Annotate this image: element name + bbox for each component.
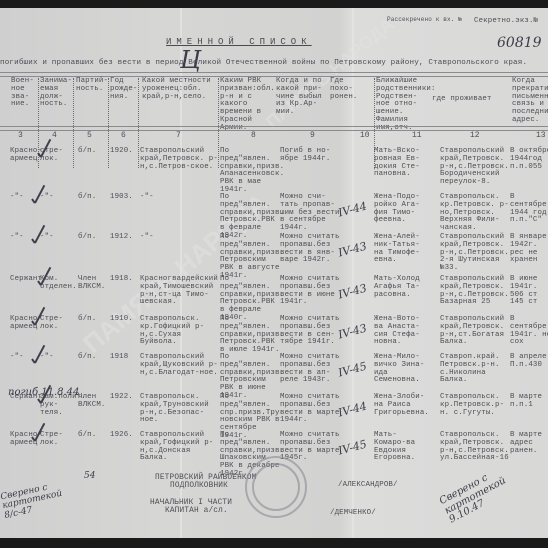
cell-origin: Ставропольский край,Щуковский р-н,с.Благ… [140,354,218,377]
archive-document-page: ПАМЯТЬ НАРОДА ПАМЯТЬ НАРОДА Рассекречено… [0,8,548,538]
check-mark-icon [32,348,46,370]
cell-year: 1918 [110,354,138,362]
office-title: ПЕТРОВСКИЙ РАЙВОЕНКОМ [155,474,256,482]
handwritten-annotation: погиб 11.8.44 [8,388,79,399]
cell-relative: Жена-Подо-ройко Ага-фия Тимо-феевна. [374,194,426,225]
cell-reason: Можно считать пропавш.без вести в ап-рел… [280,354,342,385]
cell-last: В марте п.п.1 [510,394,548,410]
cell-address: Ставроп.край. Петровск.р-н. с.Николина Б… [440,354,510,385]
cell-relative: Жена-Злоби-на Раиса Григорьевна. [374,394,426,417]
cell-last: В октябре 1944год п.п.055 [510,148,548,171]
cell-party: б/п. [78,354,104,362]
column-number: 9 [310,132,315,140]
column-number: 5 [87,132,92,140]
cell-relative: Жена-Вото-ва Анаста-сия Стефа-новна. [374,316,426,347]
cell-relative: Жена-Мило-вичко Зина-ида Семеновна. [374,354,426,385]
cell-year: 1910. [110,316,138,324]
column-number: 6 [121,132,126,140]
column-number: 11 [412,132,422,140]
declassified-stamp: Рассекречено к вх. № [387,17,462,23]
column-number: 3 [18,132,23,140]
cell-origin: Ставропольский край,Гофицкий р-н,с.Донск… [140,432,218,463]
column-number: 12 [470,132,480,140]
cell-year: 1918. [110,276,138,284]
header-origin: Какой местности уроженец:обл. край,р-н,с… [142,78,214,101]
cell-party: б/п. [78,148,104,156]
header-relative: Ближайшие родственники: Родствен-ное отн… [376,78,418,132]
archive-number: 60819 [497,36,542,51]
cell-party: Член ВЛКСМ. [78,276,104,292]
cell-rvk: По пред"явлен. справки,призв. Петровск.Р… [220,316,284,355]
column-number: 13 [536,132,546,140]
cell-reason: Можно считать пропавш.без вести в янв-ва… [280,234,342,265]
header-burial: Где похо-ронен. [330,78,370,101]
cell-rvk: По пред"явлен. справки,призв. Петровским… [220,234,284,281]
cell-address: Ставропольск. кр.Петровск. р-но,Петровск… [440,194,510,233]
cell-reason: Можно считать пропавш.без вести в марте … [280,394,342,425]
signer-name: /ДЕМЧЕНКО/ [330,510,376,518]
cell-relative: Мать-Холод Агафья Та-расовна. [374,276,426,299]
cell-party: б/п. [78,234,104,242]
header-position: Занима-емая долж-ность. [40,78,72,109]
page-mark: 54 [84,472,95,481]
cell-party: б/п. [78,194,104,202]
cell-year: 1912. [110,234,138,242]
cell-last: В апреле П.п.430 [510,354,548,370]
cell-party: б/п. [78,316,104,324]
cell-reason: Погиб в но-ябре 1944г. [280,148,342,164]
header-party: Партий-ность. [76,78,106,94]
header-residence: где проживает [432,96,492,104]
cell-origin: Ставропольск. кр.Гофицкий р-н,с.Сухая Бу… [140,316,218,347]
cell-reason: Можно считать пропавш.без вести в июне 1… [280,276,342,307]
cell-last: В январе 1942г. рес не хранен [510,234,548,265]
cell-address: Ставропольский край,Петровск. р-н,ст.Бог… [440,316,510,347]
cell-year: 1903. [110,194,138,202]
secrecy-label: Секретно.экз.№ [474,18,538,26]
cell-address: Ставропольский край,Петровск. р-н,с.Петр… [440,234,510,273]
handwritten-verification: Сверено с картотекой 9.10.47 [438,454,537,526]
cell-party: б/п. [78,432,104,440]
cell-relative: Жена-Алей-ник-Татья-на Тимофе-евна. [374,234,426,265]
header-last-contact: Когда прекратил письменную связь и после… [512,78,548,125]
cell-address: Ставропольский край,Петровск. р-н,с.Петр… [440,148,510,187]
header-birth-year: Год рожде-ния. [110,78,138,101]
office-rank: ПОДПОЛКОВНИК [170,482,228,490]
column-number: 7 [176,132,181,140]
cell-year: 1920. [110,148,138,156]
cell-address: Ставропольский край,Петровск. р-н,с.Петр… [440,276,510,307]
cell-address: Ставропольск. край,Петровск. р-н,с.Петро… [440,432,510,463]
cell-relative: Мать-Вско-ровная Ев-докия Сте-пановна. [374,148,426,179]
check-mark-icon [38,142,52,164]
cell-origin: Красногвардейский край,Тимошевский р-н,с… [140,276,218,307]
cell-last: В сентябре 1944 год п.п."С" [510,194,548,225]
header-rule [0,126,548,131]
cell-last: В сентябре 1941г. не сох [510,316,548,347]
column-number: 4 [52,132,57,140]
cell-origin: Ставропольский край,Петровск. р-н,с.Петр… [140,148,218,171]
column-number: 10 [360,132,370,140]
cell-relative: Мать-Комаро-ва Евдокия Егоровна. [374,432,426,463]
document-title: ИМЕННОЙ СПИСОК [166,38,312,47]
document-subtitle: погибших и пропавших без вести в период … [0,60,527,68]
cell-last: В марте адрес ранен. [510,432,548,455]
cell-origin: -"- [140,234,218,242]
cell-reason: Можно считать пропавш.без вести в сен-тя… [280,316,342,347]
office-title: НАЧАЛЬНИК I ЧАСТИ [150,499,232,507]
cell-rvk: По пред"явлен. справки,призв. Апанасенко… [220,148,284,195]
column-number: 8 [251,132,256,140]
cell-year: 1922. [110,394,138,402]
check-mark-icon [38,270,52,292]
cell-party: Член ВЛКСМ. [78,394,104,410]
header-rank: Воен-ное зва-ние. [11,78,41,109]
cell-address: Ставропольск. кр.Петровск.р-н. с.Гугуты. [440,394,510,417]
cell-last: В июне 1941г. 506 ст 145 ст [510,276,548,307]
check-mark-icon [32,426,46,448]
check-mark-icon [32,310,46,332]
office-rank: КАПИТАН а/сл. [165,507,228,515]
signer-name: /АЛЕКСАНДРОВ/ [338,482,398,490]
handwritten-verification: Сверено с картотекой 8/с-47 [0,479,74,521]
check-mark-icon [32,228,46,250]
header-draft-office: Каким РВК призван:обл. р-н и с какого вр… [220,78,282,132]
header-reason: Когда и по какой при-чине выбыл из Кр.Ар… [276,78,328,117]
cell-origin: -"- [140,194,218,202]
cell-year: 1926. [110,432,138,440]
check-mark-icon [32,188,46,210]
cell-reason: Можно счи-тать пропав-шим без вести в се… [280,194,342,233]
official-seal-inner [252,463,300,511]
cell-origin: Ставропольск. край,Труновский р-н,с.Безо… [140,394,218,425]
